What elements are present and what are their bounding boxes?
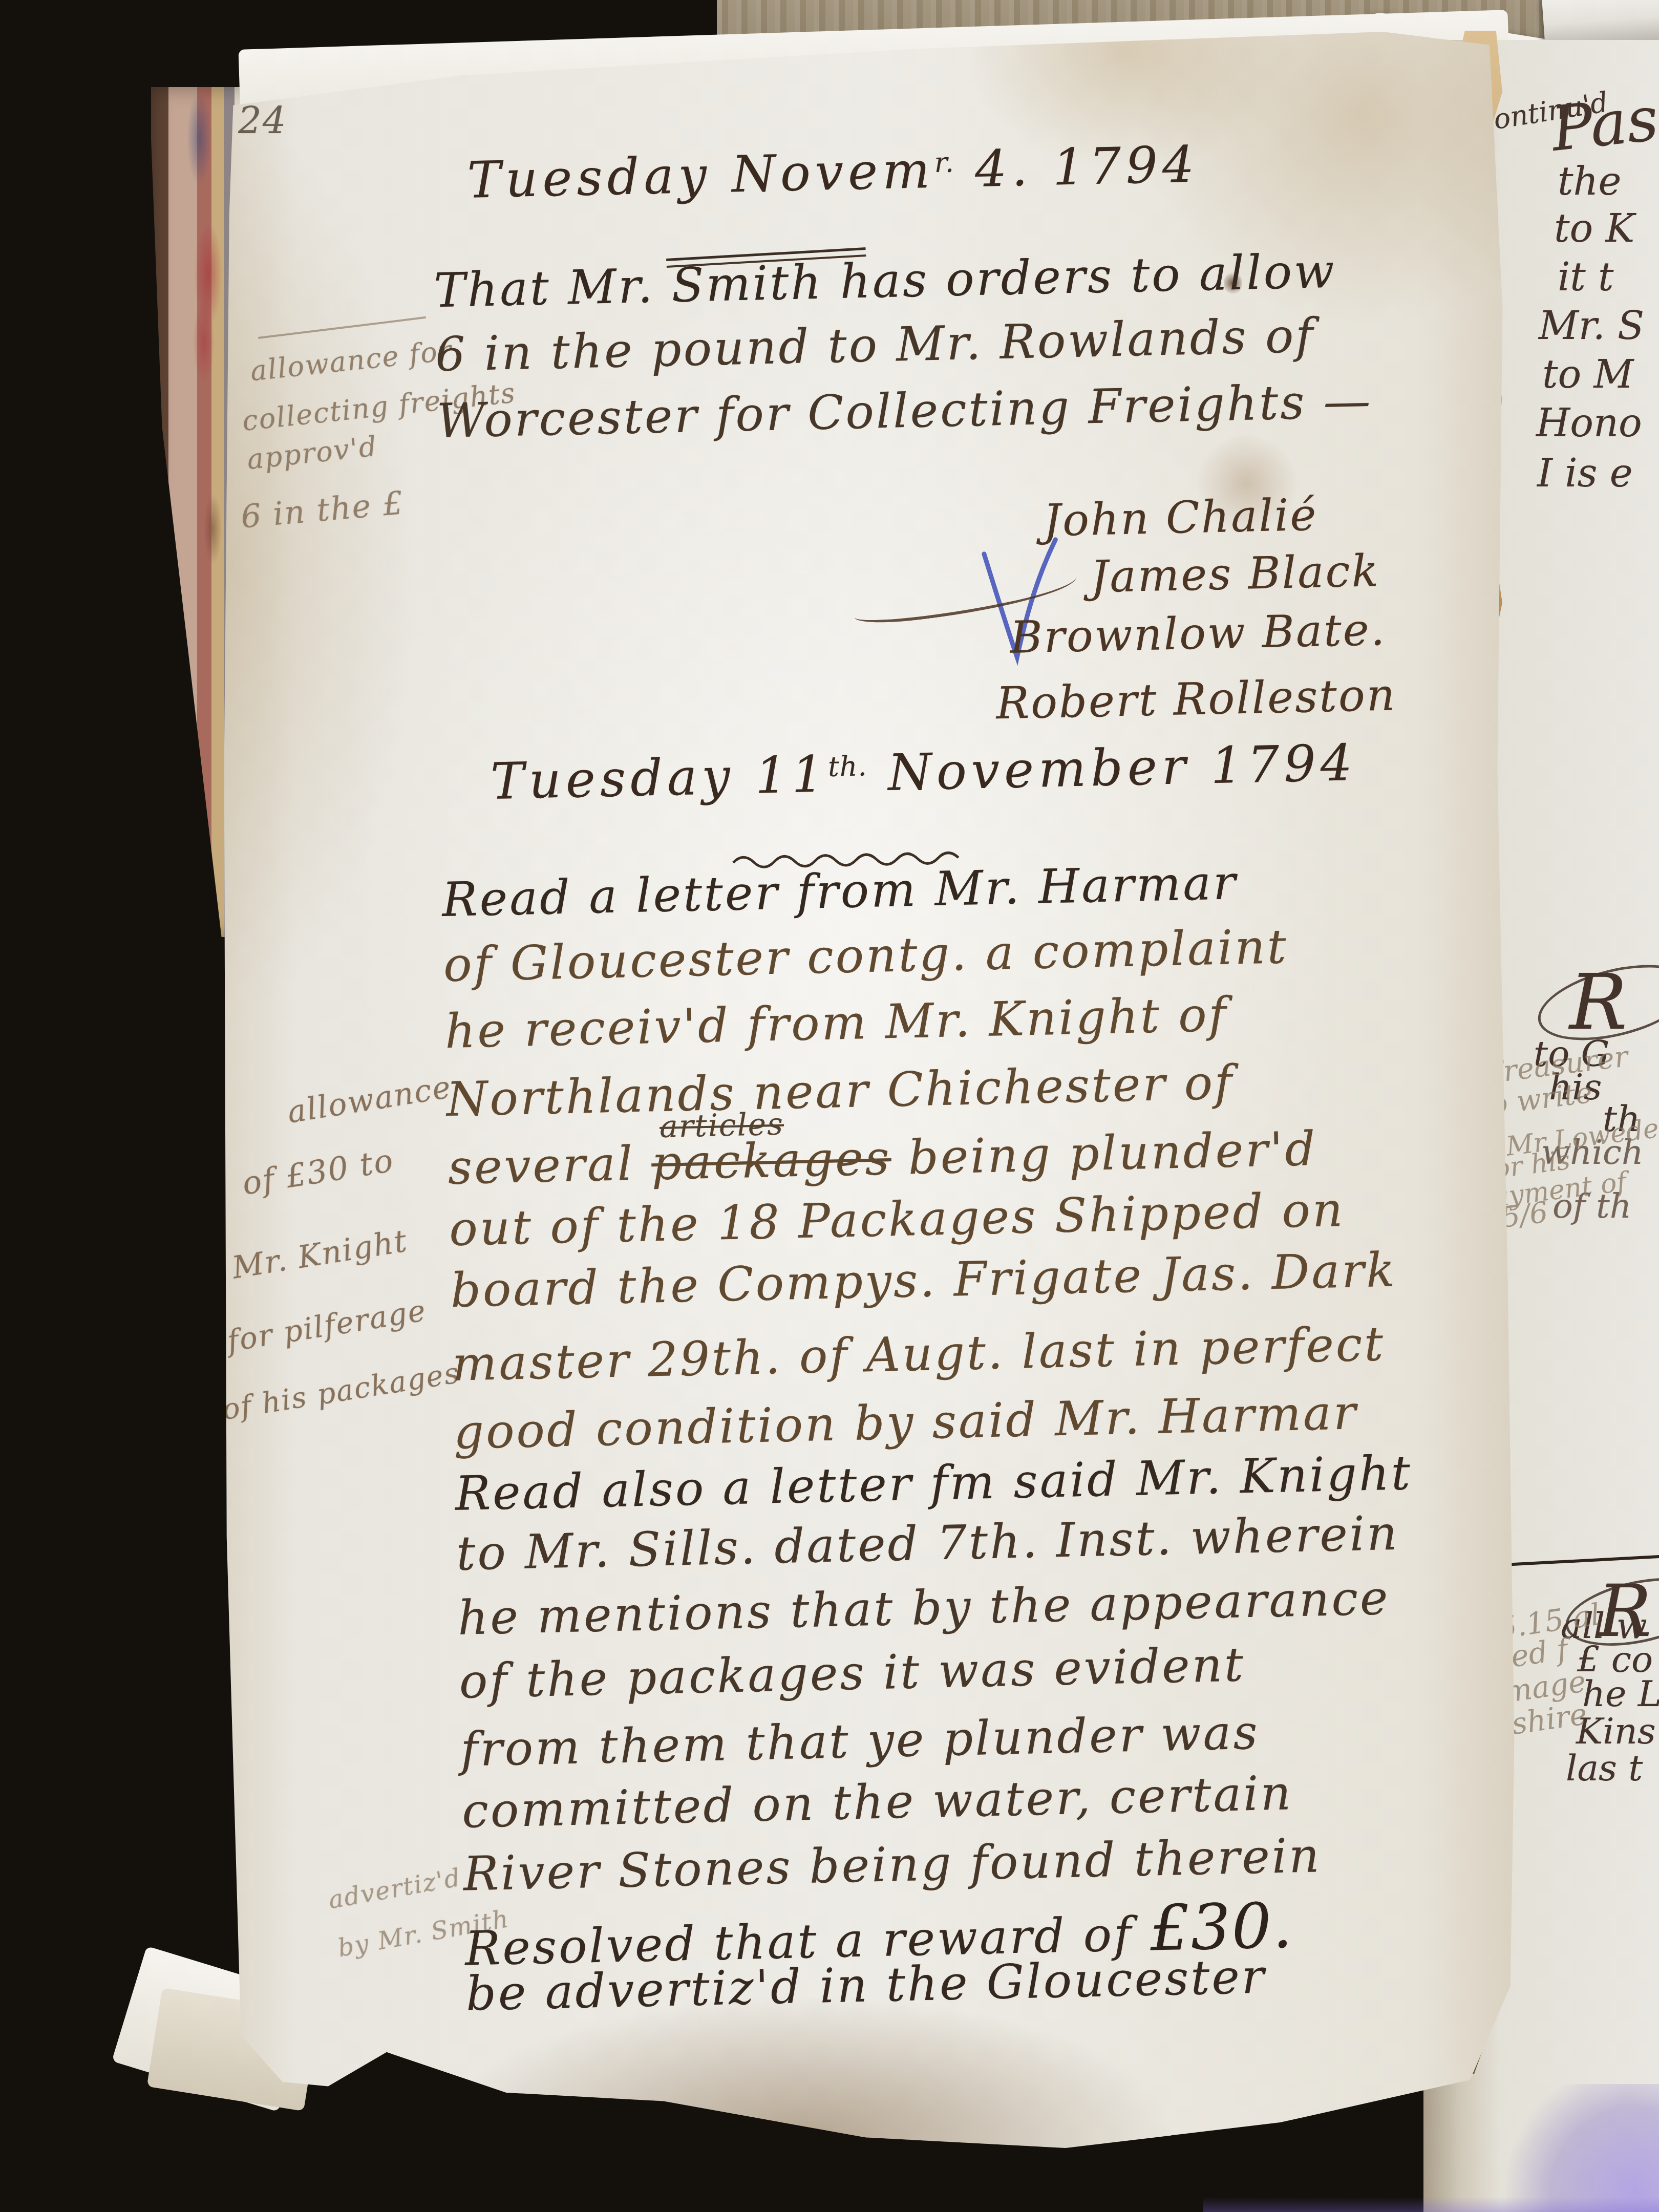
- manuscript-line: committed on the water, certain: [461, 1770, 1293, 1835]
- facing-page-line-fragment: to K: [1554, 209, 1634, 248]
- manuscript-line: Worcester for Collecting Freights —: [436, 377, 1373, 445]
- facing-page-line-fragment: Kins: [1576, 1713, 1656, 1749]
- manuscript-line: Read a letter from Mr. Harmar: [441, 859, 1238, 924]
- manuscript-line-with-correction: several packages being plunder'd: [448, 1125, 1317, 1192]
- entry1-heading: Tuesday Novemr. 4. 1794: [467, 140, 1199, 206]
- manuscript-line: Northlands near Chichester of: [446, 1059, 1235, 1123]
- purple-light-leak: [1505, 2084, 1659, 2212]
- manuscript-line: 6 in the pound to Mr. Rowlands of: [435, 312, 1315, 378]
- manuscript-line: of Gloucester contg. a complaint: [443, 923, 1288, 989]
- struck-word: packages: [651, 1131, 892, 1190]
- facing-page-line-fragment: Passi: [1549, 83, 1659, 161]
- manuscript-line: out of the 18 Packages Shipped on: [449, 1186, 1345, 1253]
- manuscript-line: master 29th. of Augt. last in perfect: [452, 1321, 1386, 1388]
- manuscript-line: he mentions that by the appearance: [457, 1575, 1390, 1642]
- signature: James Black: [1090, 549, 1380, 599]
- facing-page-line-fragment: it t: [1558, 258, 1614, 296]
- facing-page-line-fragment: the: [1558, 162, 1621, 201]
- manuscript-line: to Mr. Sills. dated 7th. Inst. wherein: [456, 1510, 1399, 1578]
- facing-page-line-fragment: I is e: [1537, 454, 1633, 493]
- manuscript-line: good condition by said Mr. Harmar: [453, 1389, 1358, 1456]
- entry2-heading: Tuesday 11th. November 1794: [490, 738, 1357, 807]
- facing-page-line-fragment: Mr. S: [1539, 306, 1644, 345]
- facing-page-line-fragment: R: [1569, 964, 1627, 1041]
- facing-page-line-fragment: to M: [1542, 355, 1633, 394]
- facing-page-line-fragment: las t: [1566, 1750, 1643, 1786]
- facing-page-line-fragment: he L: [1582, 1676, 1659, 1712]
- manuscript-line: he receiv'd from Mr. Knight of: [444, 991, 1228, 1055]
- manuscript-page: 24 allowance for collecting freights app…: [220, 31, 1521, 2161]
- manuscript-line: of the packages it was evident: [459, 1641, 1246, 1705]
- manuscript-line: That Mr. Smith has orders to allow: [433, 248, 1336, 314]
- facing-page-line-fragment: Hono: [1536, 403, 1642, 442]
- manuscript-line: from them that ye plunder was: [460, 1709, 1260, 1774]
- manuscript-line: Read also a letter fm said Mr. Knight: [455, 1450, 1413, 1518]
- handwriting-layer: Tuesday Novemr. 4. 1794 That Mr. Smith h…: [198, 8, 1544, 2165]
- signature: John Chalié: [1043, 493, 1318, 543]
- manuscript-line: River Stones being found therein: [463, 1832, 1322, 1898]
- manuscript-line: board the Compys. Frigate Jas. Dark: [450, 1247, 1397, 1314]
- facing-page-line-fragment: £ co: [1577, 1642, 1653, 1677]
- manuscript-photo: Continu'd Passi the to K it t Mr. S to M…: [0, 0, 1659, 2212]
- signature: Brownlow Bate.: [1010, 608, 1387, 660]
- signature: Robert Rolleston: [995, 673, 1396, 726]
- bottom-light-leak: [1203, 2197, 1659, 2212]
